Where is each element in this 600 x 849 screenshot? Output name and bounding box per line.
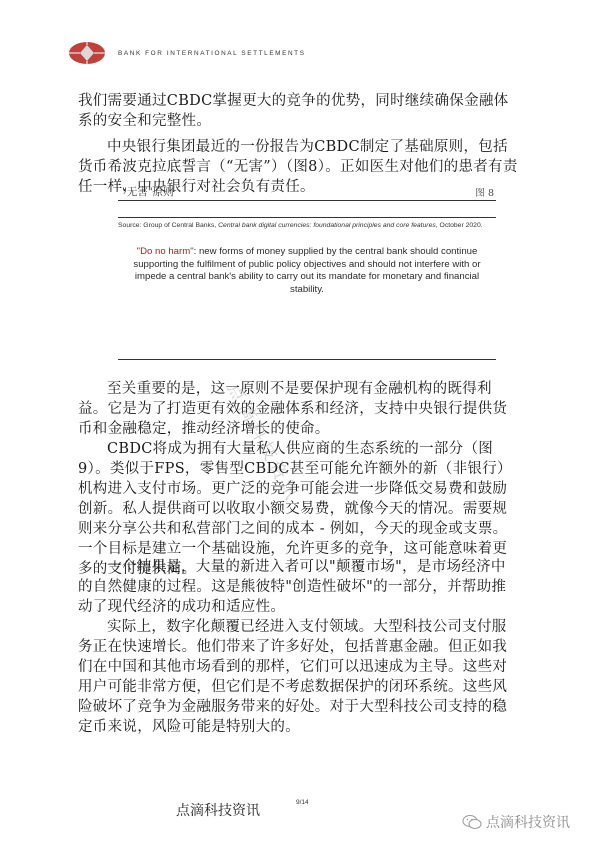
bis-logo-icon (68, 41, 106, 65)
page-header: BANK FOR INTERNATIONAL SETTLEMENTS (68, 40, 306, 66)
figure-quote: "Do no harm": new forms of money supplie… (118, 246, 496, 296)
source-title: Central bank digital currencies: foundat… (218, 222, 436, 229)
footer-source: 点滴科技资讯 (176, 800, 260, 820)
quote-lead: "Do no harm" (137, 246, 194, 257)
wechat-icon (462, 814, 482, 830)
figure-header: "无害"原则 图 8 (118, 185, 496, 201)
paragraph-1: 我们需要通过CBDC掌握更大的竞争的优势，同时继续确保金融体系的安全和完整性。 (78, 91, 518, 131)
paragraph-6: 实际上，数字化颠覆已经进入支付领域。大型科技公司支付服务正在快速增长。他们带来了… (78, 617, 518, 737)
paragraph-text: 实际上，数字化颠覆已经进入支付领域。大型科技公司支付服务正在快速增长。他们带来了… (78, 617, 518, 737)
paragraph-5: 一个结果是，大量的新进入者可以"颠覆市场"，是市场经济中的自然健康的过程。这是熊… (78, 557, 518, 617)
organization-name: BANK FOR INTERNATIONAL SETTLEMENTS (118, 50, 306, 57)
page-number: 9/14 (296, 799, 309, 806)
paragraph-text: 一个结果是，大量的新进入者可以"颠覆市场"，是市场经济中的自然健康的过程。这是熊… (78, 557, 518, 617)
figure-8: "无害"原则 图 8 Source: Group of Central Bank… (118, 185, 496, 296)
paragraph-text: 我们需要通过CBDC掌握更大的竞争的优势，同时继续确保金融体系的安全和完整性。 (78, 91, 518, 131)
source-suffix: , October 2020. (436, 222, 483, 229)
paragraph-text: 至关重要的是，这一原则不是要保护现有金融机构的既得利益。它是为了打造更有效的金融… (78, 379, 518, 439)
wechat-watermark: 点滴科技资讯 (462, 812, 570, 832)
source-prefix: Source: Group of Central Banks, (118, 222, 218, 229)
figure-source: Source: Group of Central Banks, Central … (118, 217, 496, 230)
figure-bottom-rule (118, 359, 496, 360)
figure-number: 图 8 (475, 185, 494, 199)
paragraph-3: 至关重要的是，这一原则不是要保护现有金融机构的既得利益。它是为了打造更有效的金融… (78, 379, 518, 439)
figure-title: "无害"原则 (122, 184, 174, 199)
wechat-label: 点滴科技资讯 (486, 812, 570, 832)
